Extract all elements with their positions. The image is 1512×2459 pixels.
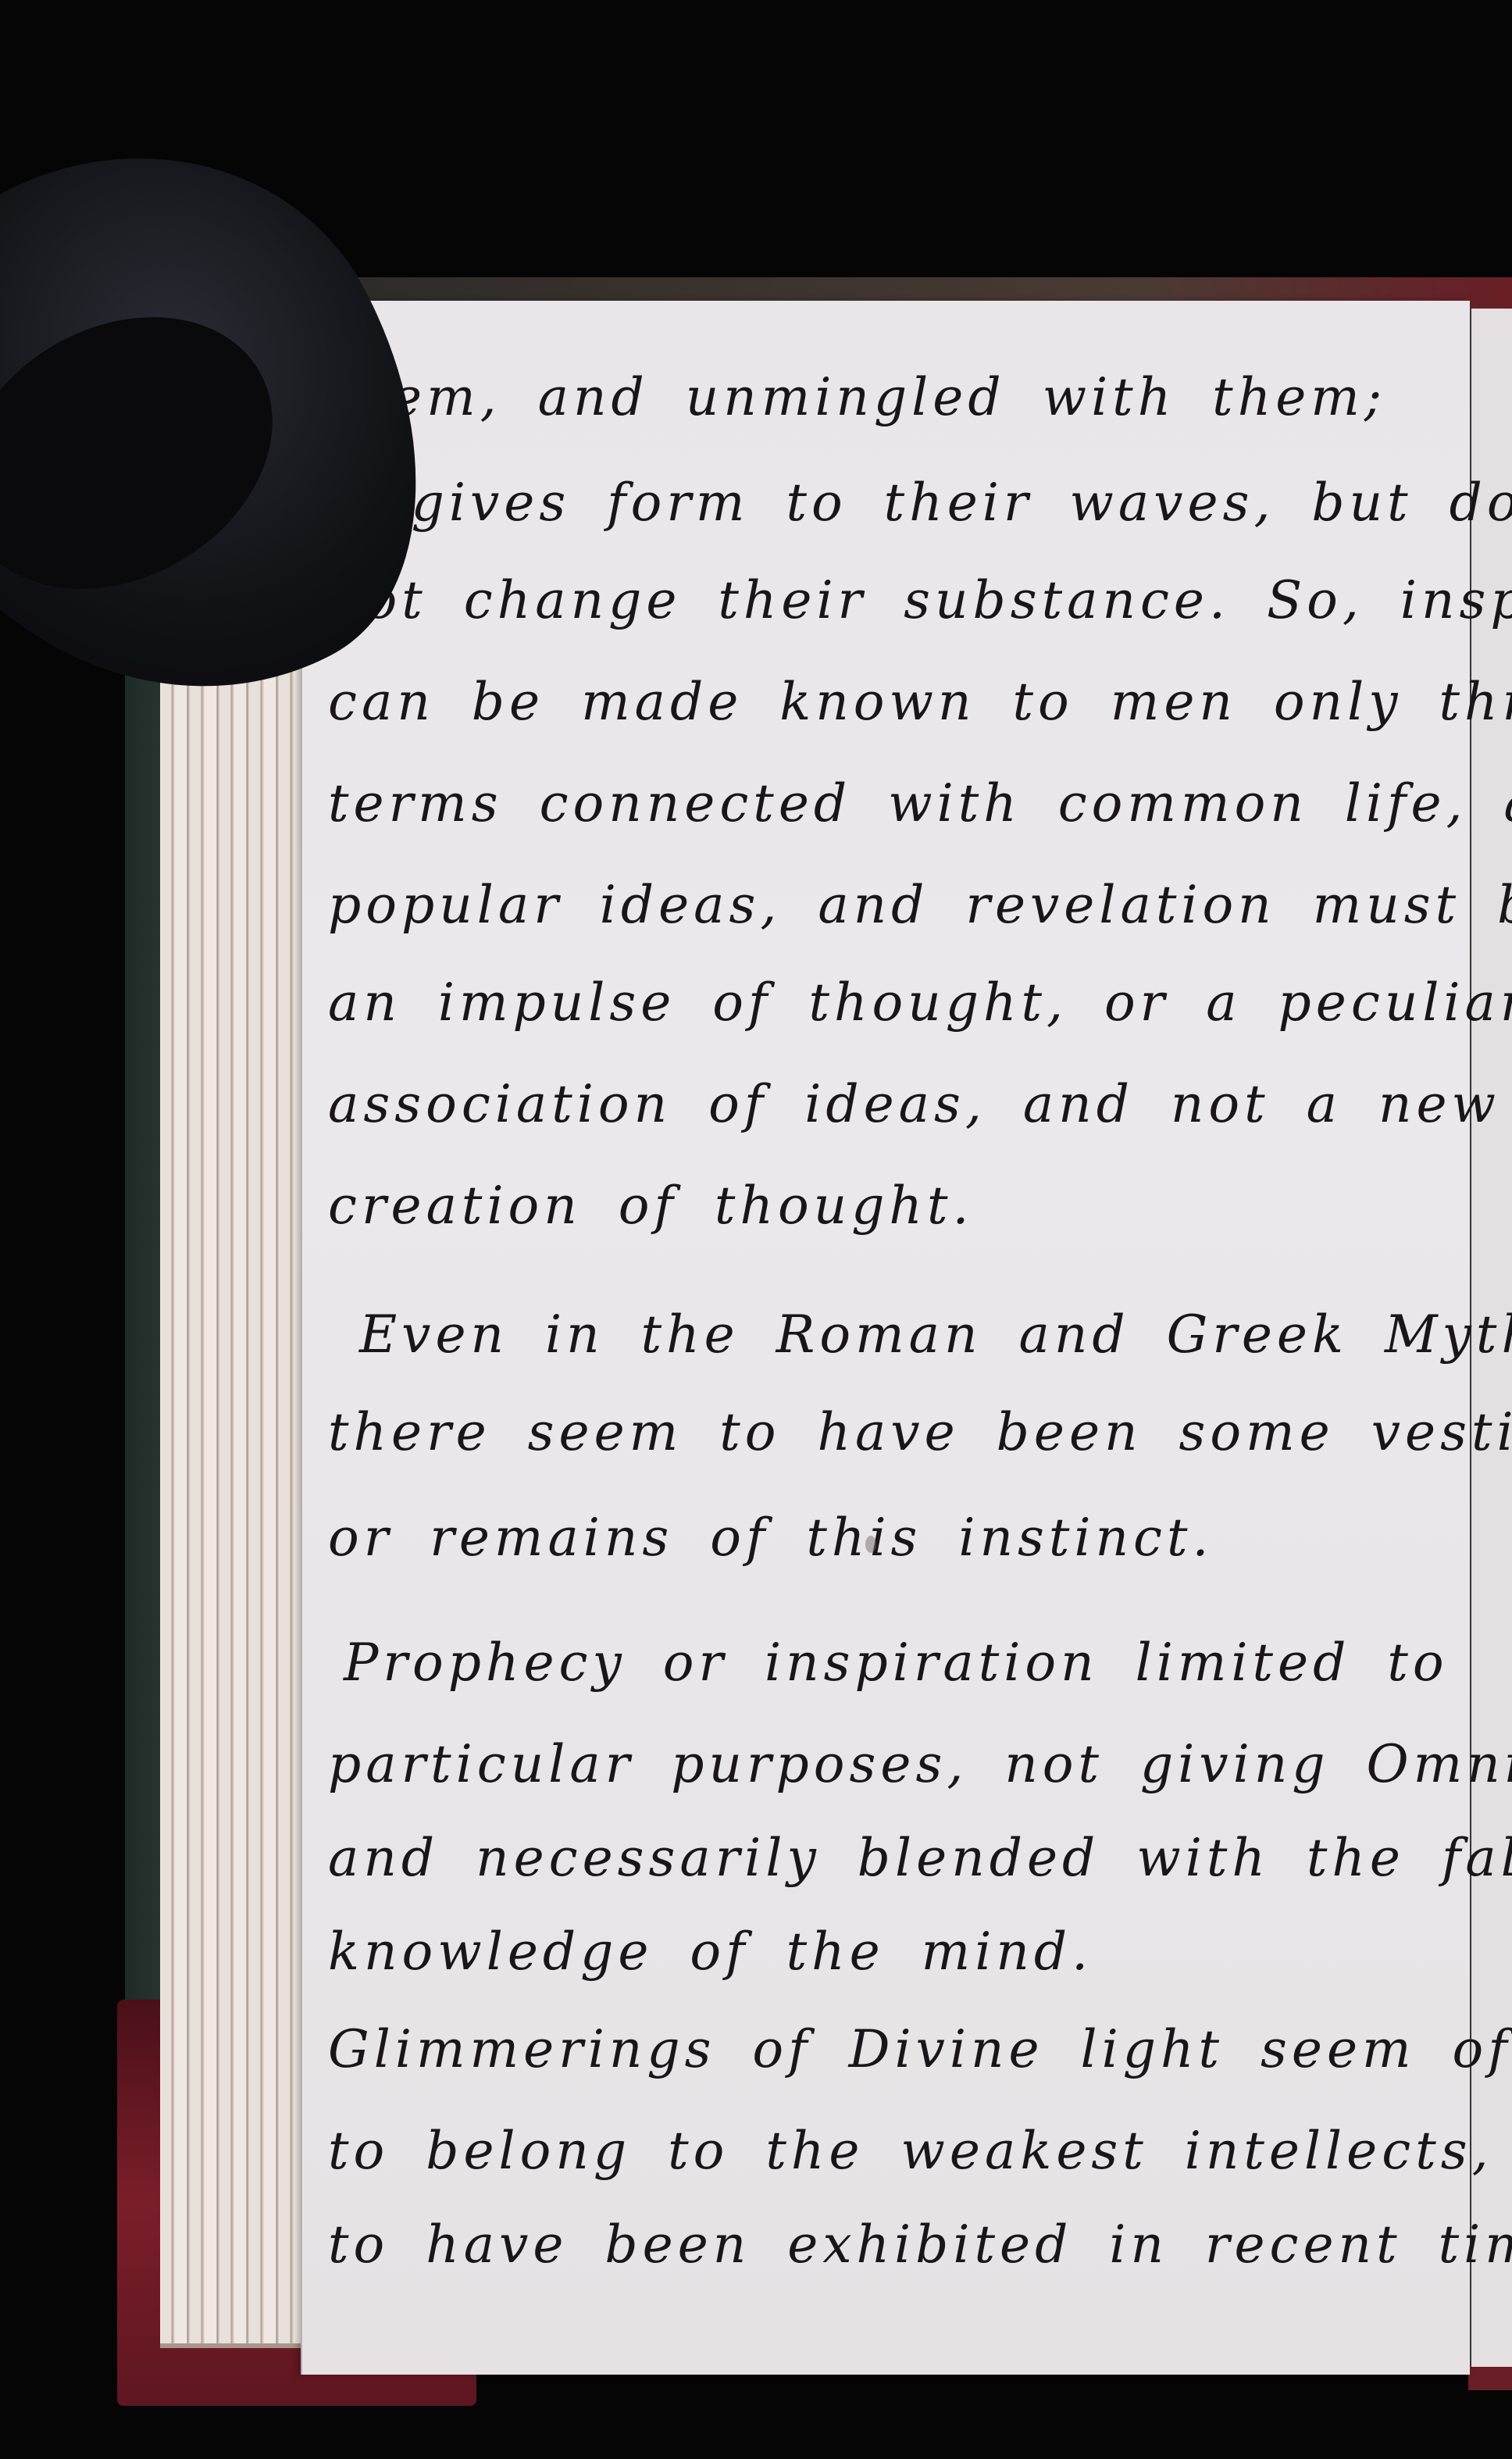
page-stack-edges xyxy=(160,437,316,2348)
text-line: not change their substance. So, inspirat… xyxy=(328,570,1512,630)
text-line: particular purposes, not giving Omniscie… xyxy=(328,1734,1512,1794)
text-line: to belong to the weakest intellects, and xyxy=(328,2121,1512,2181)
text-line: terms connected with common life, and xyxy=(328,773,1512,833)
text-line: popular ideas, and revelation must be xyxy=(328,875,1512,935)
text-line: Prophecy or inspiration limited to xyxy=(344,1633,1449,1693)
text-line: and necessarily blended with the false xyxy=(328,1828,1512,1888)
text-line: association of ideas, and not a new xyxy=(328,1074,1500,1134)
text-line: or remains of this instinct. xyxy=(328,1508,1214,1568)
photo-scene: them, and unmingled with them; it gives … xyxy=(0,0,1512,2459)
ink-spot xyxy=(865,1536,876,1553)
text-line: it gives form to their waves, but does xyxy=(328,473,1512,533)
text-line: knowledge of the mind. xyxy=(328,1922,1093,1982)
text-line: there seem to have been some vestiges xyxy=(328,1402,1512,1462)
text-line: creation of thought. xyxy=(328,1176,973,1236)
text-line: can be made known to men only through xyxy=(328,672,1512,732)
text-line: to have been exhibited in recent times. xyxy=(328,2215,1512,2275)
text-line: an impulse of thought, or a peculiar xyxy=(328,973,1512,1033)
text-line: them, and unmingled with them; xyxy=(328,367,1386,427)
text-line: Glimmerings of Divine light seem often xyxy=(328,2019,1512,2079)
binding-edge xyxy=(1468,2367,1512,2390)
text-line: Even in the Roman and Greek Mythology xyxy=(359,1304,1512,1365)
